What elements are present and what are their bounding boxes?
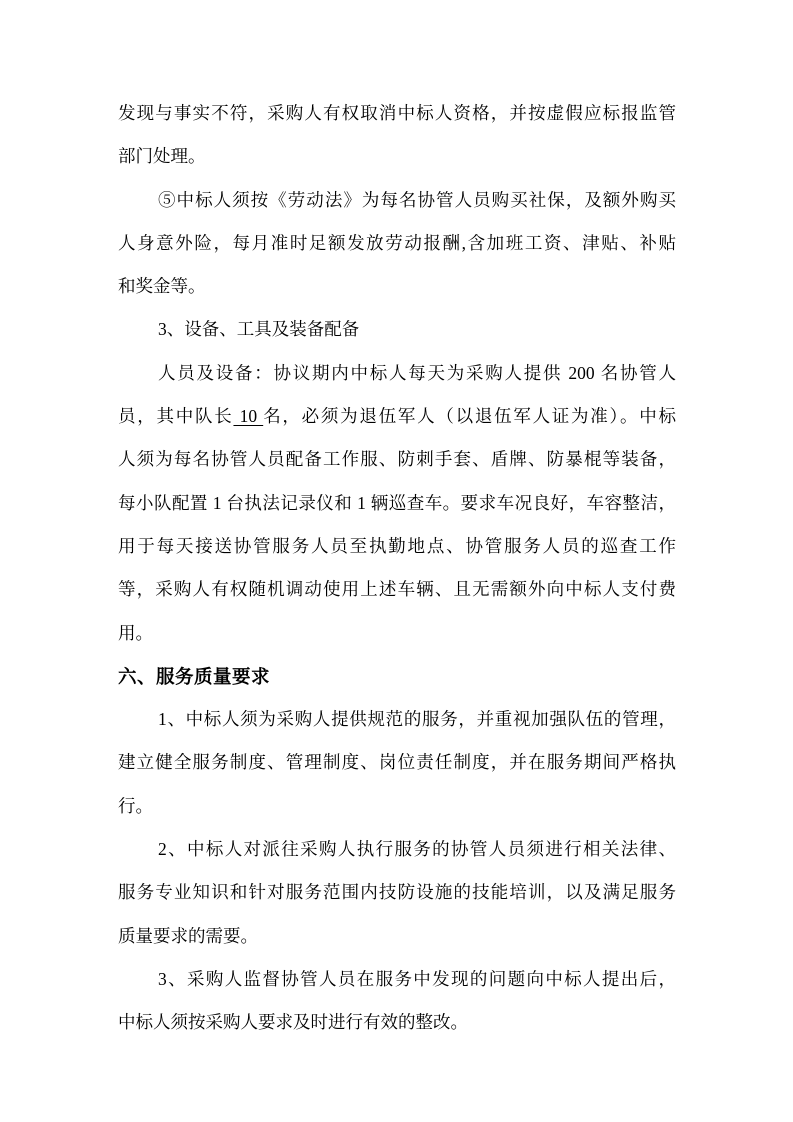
text-line: 中标人须按采购人要求及时进行有效的整改。 bbox=[118, 1001, 676, 1044]
text-line: ⑤中标人须按《劳动法》为每名协管人员购买社保，及额外购买 bbox=[118, 179, 676, 222]
text-line: 发现与事实不符，采购人有权取消中标人资格，并按虚假应标报监管 bbox=[118, 92, 676, 135]
section-heading: 六、服务质量要求 bbox=[118, 655, 676, 698]
text-line: 人员及设备：协议期内中标人每天为采购人提供 200 名协管人 bbox=[118, 352, 676, 395]
underlined-value: 10 bbox=[233, 406, 263, 426]
text-line: 和奖金等。 bbox=[118, 265, 676, 308]
text-line: 人身意外险，每月准时足额发放劳动报酬,含加班工资、津贴、补贴 bbox=[118, 222, 676, 265]
text-line: 人须为每名协管人员配备工作服、防刺手套、盾牌、防暴棍等装备， bbox=[118, 438, 676, 481]
text-line: 1、中标人须为采购人提供规范的服务，并重视加强队伍的管理， bbox=[118, 698, 676, 741]
text-segment: 员，其中队长 bbox=[118, 406, 233, 426]
text-line: 员，其中队长 10 名，必须为退伍军人（以退伍军人证为准）。中标 bbox=[118, 395, 676, 438]
text-line: 3、设备、工具及装备配备 bbox=[118, 308, 676, 351]
text-line: 每小队配置 1 台执法记录仪和 1 辆巡查车。要求车况良好，车容整洁， bbox=[118, 482, 676, 525]
text-line: 建立健全服务制度、管理制度、岗位责任制度，并在服务期间严格执 bbox=[118, 741, 676, 784]
text-line: 行。 bbox=[118, 785, 676, 828]
text-line: 等，采购人有权随机调动使用上述车辆、且无需额外向中标人支付费 bbox=[118, 568, 676, 611]
text-line: 部门处理。 bbox=[118, 135, 676, 178]
text-line: 用于每天接送协管服务人员至执勤地点、协管服务人员的巡查工作 bbox=[118, 525, 676, 568]
text-line: 用。 bbox=[118, 612, 676, 655]
document-content: 发现与事实不符，采购人有权取消中标人资格，并按虚假应标报监管部门处理。⑤中标人须… bbox=[118, 92, 676, 1045]
text-line: 3、采购人监督协管人员在服务中发现的问题向中标人提出后， bbox=[118, 958, 676, 1001]
text-line: 服务专业知识和针对服务范围内技防设施的技能培训，以及满足服务 bbox=[118, 871, 676, 914]
document-page: 发现与事实不符，采购人有权取消中标人资格，并按虚假应标报监管部门处理。⑤中标人须… bbox=[0, 0, 793, 1122]
text-line: 2、中标人对派往采购人执行服务的协管人员须进行相关法律、 bbox=[118, 828, 676, 871]
text-segment: 名，必须为退伍军人（以退伍军人证为准）。中标 bbox=[263, 406, 676, 426]
text-line: 质量要求的需要。 bbox=[118, 915, 676, 958]
